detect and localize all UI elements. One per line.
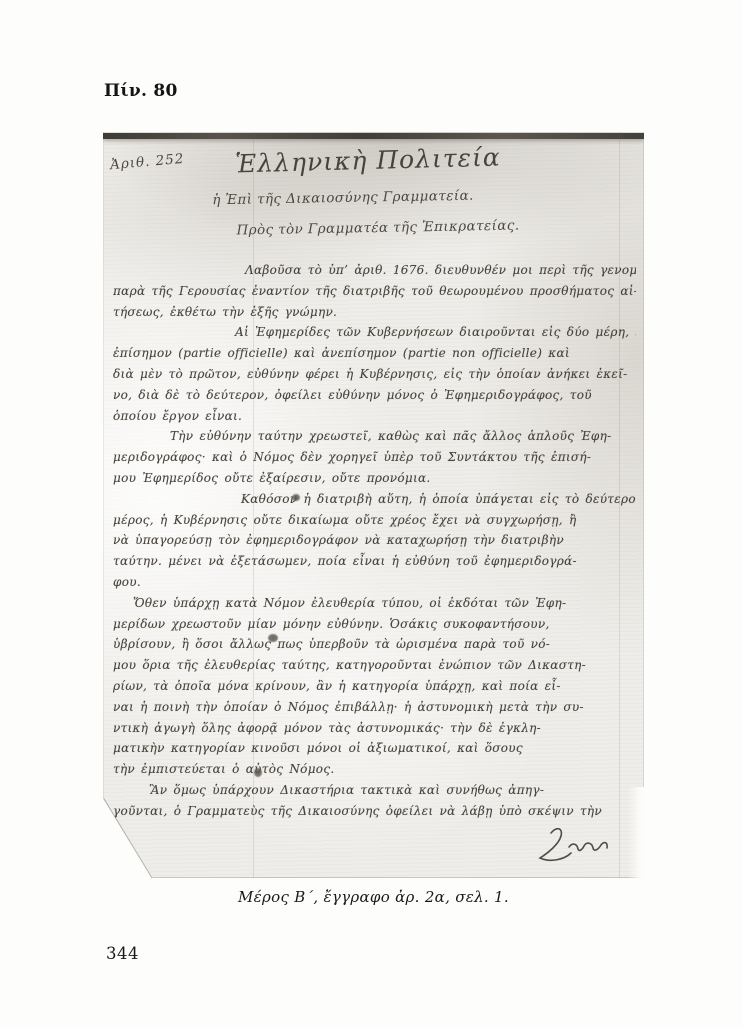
manuscript-line: Ἂν ὅμως ὑπάρχουν Δικαστήρια τακτικὰ καὶ … [113, 780, 636, 801]
manuscript-line: ρίων, τὰ ὁποῖα μόνα κρίνουν, ἂν ἡ κατηγο… [113, 676, 636, 697]
manuscript-line: παρὰ τῆς Γερουσίας ἐναντίον τῆς διατριβῆ… [113, 281, 636, 302]
manuscript-line: Τὴν εὐθύνην ταύτην χρεωστεῖ, καθὼς καὶ π… [113, 426, 636, 447]
manuscript-line: διὰ μὲν τὸ πρῶτον, εὐθύνην φέρει ἡ Κυβέρ… [113, 364, 636, 385]
ink-blot [292, 494, 300, 501]
manuscript-line: ἐπίσημον (partie officielle) καὶ ἀνεπίση… [113, 343, 636, 364]
manuscript-line: φου. [113, 572, 636, 593]
ink-blot [268, 634, 278, 642]
manuscript-line: Ὅθεν ὑπάρχῃ κατὰ Νόμον ἐλευθερία τύπου, … [113, 593, 636, 614]
page-number: 344 [106, 944, 139, 963]
manuscript-line: νο, διὰ δὲ τὸ δεύτερον, ὀφείλει εὐθύνην … [113, 385, 636, 406]
manuscript-line: ὑβρίσουν, ἢ ὅσοι ἄλλως πως ὑπερβοῦν τὰ ὡ… [113, 634, 636, 655]
manuscript-body: Λαβοῦσα τὸ ὑπ’ ἀριθ. 1676. διευθυνθέν μο… [113, 260, 636, 822]
manuscript-scan: Ἀριθ. 252 Ἑλληνικὴ Πολιτεία ἡ Ἐπὶ τῆς Δι… [103, 132, 644, 878]
manuscript-line: μεριδογράφος· καὶ ὁ Νόμος δὲν χορηγεῖ ὑπ… [113, 447, 636, 468]
manuscript-ref-number: Ἀριθ. 252 [109, 151, 185, 173]
figure-caption: Μέρος Β΄, ἔγγραφο ἀρ. 2α, σελ. 1. [103, 888, 644, 906]
manuscript-line: μέρος, ἡ Κυβέρνησις οὔτε δικαίωμα οὔτε χ… [113, 510, 636, 531]
manuscript-line: μερίδων χρεωστοῦν μίαν μόνην εὐθύνην. Ὁσ… [113, 614, 636, 635]
manuscript-line: ντικὴ ἀγωγὴ ὅλης ἀφορᾷ μόνον τὰς ἀστυνομ… [113, 718, 636, 739]
manuscript-recipient-line: Πρὸς τὸν Γραμματέα τῆς Ἐπικρατείας. [208, 217, 548, 239]
book-page: Πίν. 80 Ἀριθ. 252 Ἑλληνικὴ Πολιτεία ἡ Ἐπ… [0, 0, 743, 1027]
manuscript-line: γοῦνται, ὁ Γραμματεὺς τῆς Δικαιοσύνης ὀφ… [113, 801, 636, 822]
manuscript-line: τήσεως, ἐκθέτω τὴν ἑξῆς γνώμην. [113, 302, 636, 323]
scan-top-edge [103, 133, 644, 139]
manuscript-line: ματικὴν κατηγορίαν κινοῦσι μόνοι οἱ ἀξιω… [113, 738, 636, 759]
torn-paper-edge [628, 787, 644, 878]
ink-blot [254, 768, 262, 777]
manuscript-line: ναι ἡ ποινὴ τὴν ὁποίαν ὁ Νόμος ἐπιβάλλῃ·… [113, 697, 636, 718]
manuscript-line: μου ὅρια τῆς ἐλευθερίας ταύτης, κατηγορο… [113, 655, 636, 676]
manuscript-line: νὰ ὑπαγορεύσῃ τὸν ἐφημεριδογράφον νὰ κατ… [113, 530, 636, 551]
manuscript-line: τὴν ἐμπιστεύεται ὁ αὐτὸς Νόμος. [113, 759, 636, 780]
manuscript-line: Καθόσον ἡ διατριβὴ αὕτη, ἡ ὁποία ὑπάγετα… [113, 489, 636, 510]
manuscript-line: μου Ἐφημερίδος οὔτε ἐξαίρεσιν, οὔτε προν… [113, 468, 636, 489]
signature-scribble-icon [535, 824, 613, 866]
plate-label: Πίν. 80 [104, 81, 178, 101]
manuscript-line: Λαβοῦσα τὸ ὑπ’ ἀριθ. 1676. διευθυνθέν μο… [113, 260, 636, 281]
manuscript-line: ὁποίου ἔργον εἶναι. [113, 406, 636, 427]
manuscript-line: ταύτην. μένει νὰ ἐξετάσωμεν, ποία εἶναι … [113, 551, 636, 572]
manuscript-line: Αἱ Ἐφημερίδες τῶν Κυβερνήσεων διαιροῦντα… [113, 322, 636, 343]
manuscript-office-line: ἡ Ἐπὶ τῆς Δικαιοσύνης Γραμματεία. [178, 187, 508, 209]
